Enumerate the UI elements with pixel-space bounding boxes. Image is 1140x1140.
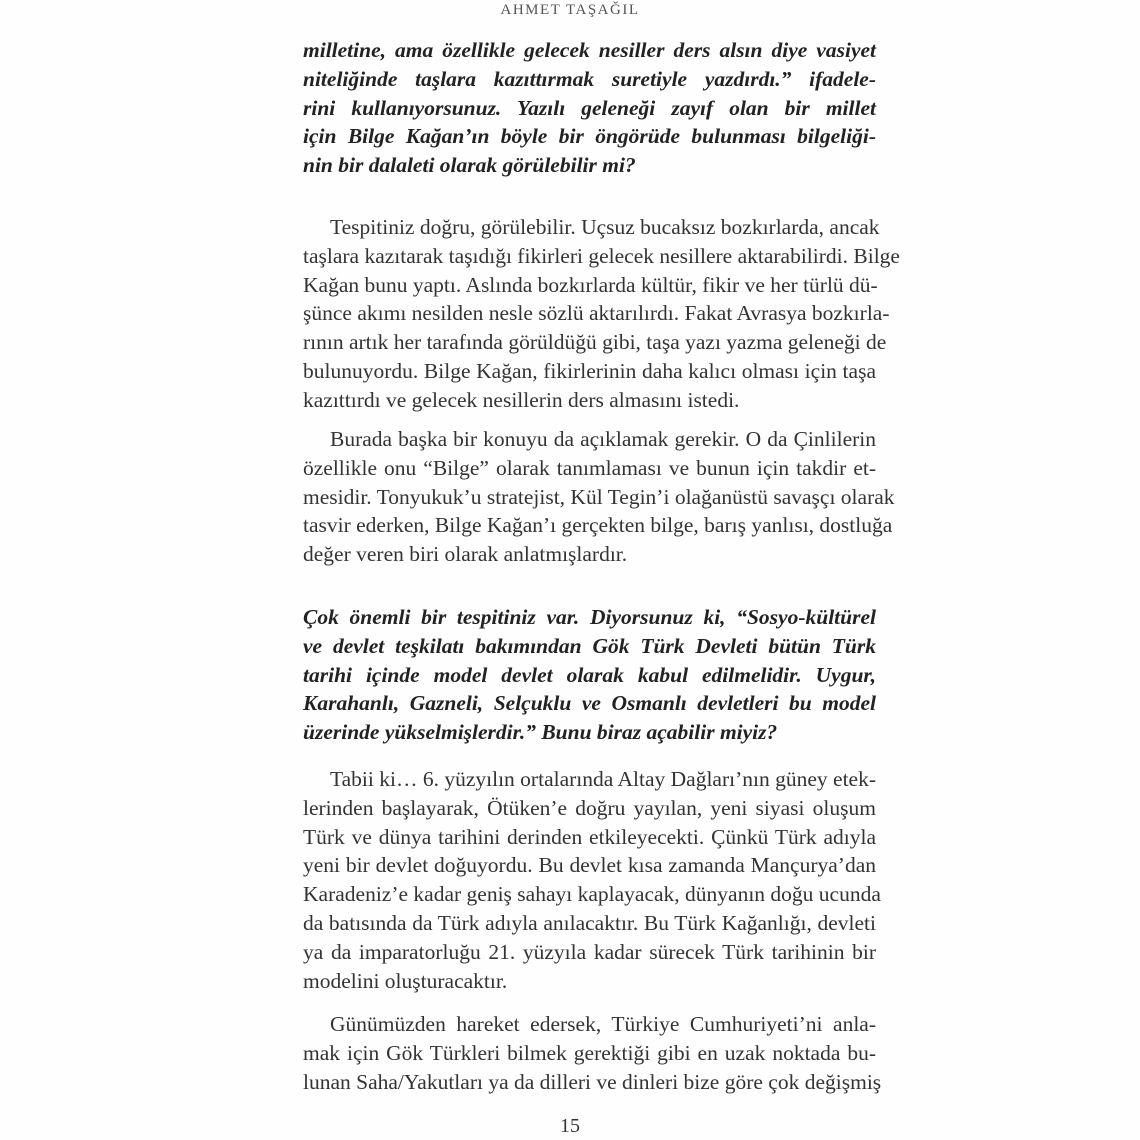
text-line: Tabii ki… 6. yüzyılın ortalarında Altay … bbox=[276, 765, 876, 794]
text-line: Karadeniz’e kadar geniş sahayı kaplayaca… bbox=[276, 880, 876, 909]
text-line: Çok önemli bir tespitiniz var. Diyorsunu… bbox=[303, 603, 876, 632]
interview-question-2: Çok önemli bir tespitiniz var. Diyorsunu… bbox=[276, 603, 876, 747]
text-line: Kağan bunu yaptı. Aslında bozkırlarda kü… bbox=[276, 271, 876, 300]
text-line: tasvir ederken, Bilge Kağan’ı gerçekten … bbox=[276, 511, 876, 540]
text-line: milletine, ama özellikle gelecek nesille… bbox=[303, 36, 876, 65]
question-paragraph: Çok önemli bir tespitiniz var. Diyorsunu… bbox=[276, 603, 876, 747]
text-line: değer veren biri olarak anlatmışlardır. bbox=[276, 540, 876, 569]
text-line: niteliğinde taşlara kazıttırmak suretiyl… bbox=[303, 65, 876, 94]
answer-paragraph: Tespitiniz doğru, görülebilir. Uçsuz buc… bbox=[276, 213, 876, 415]
text-line: nin bir dalaleti olarak görülebilir mi? bbox=[303, 151, 876, 180]
text-line: Türk ve dünya tarihini derinden etkileye… bbox=[276, 823, 876, 852]
book-page: Ahmet Taşağil milletine, ama özellikle g… bbox=[0, 0, 1140, 1140]
answer-paragraph-2: Burada başka bir konuyu da açıklamak ger… bbox=[276, 425, 876, 569]
text-line: rini kullanıyorsunuz. Yazılı geleneği za… bbox=[303, 94, 876, 123]
page-number: 15 bbox=[0, 1115, 1140, 1138]
running-head-author: Ahmet Taşağil bbox=[0, 2, 1140, 19]
text-line: için Bilge Kağan’ın böyle bir öngörüde b… bbox=[303, 122, 876, 151]
text-line: Tespitiniz doğru, görülebilir. Uçsuz buc… bbox=[276, 213, 876, 242]
text-line: yeni bir devlet doğuyordu. Bu devlet kıs… bbox=[276, 851, 876, 880]
text-line: taşlara kazıtarak taşıdığı fikirleri gel… bbox=[276, 242, 876, 271]
text-line: kazıttırdı ve gelecek nesillerin ders al… bbox=[276, 386, 876, 415]
text-line: ve devlet teşkilatı bakımından Gök Türk … bbox=[303, 632, 876, 661]
text-line: üzerinde yükselmişlerdir.” Bunu biraz aç… bbox=[303, 718, 876, 747]
question-paragraph: milletine, ama özellikle gelecek nesille… bbox=[276, 36, 876, 180]
text-line: Burada başka bir konuyu da açıklamak ger… bbox=[276, 425, 876, 454]
text-line: lunan Saha/Yakutları ya da dilleri ve di… bbox=[276, 1068, 876, 1097]
text-line: bulunuyordu. Bilge Kağan, fikirlerinin d… bbox=[276, 357, 876, 386]
interview-question-1: milletine, ama özellikle gelecek nesille… bbox=[276, 36, 876, 180]
text-line: şünce akımı nesilden nesle sözlü aktarıl… bbox=[276, 299, 876, 328]
text-line: modelini oluşturacaktır. bbox=[276, 967, 876, 996]
text-line: ya da imparatorluğu 21. yüzyıla kadar sü… bbox=[276, 938, 876, 967]
answer-paragraph: Burada başka bir konuyu da açıklamak ger… bbox=[276, 425, 876, 569]
text-line: mak için Gök Türkleri bilmek gerektiği g… bbox=[276, 1039, 876, 1068]
answer-paragraph: Günümüzden hareket edersek, Türkiye Cumh… bbox=[276, 1010, 876, 1096]
answer-paragraph-4: Günümüzden hareket edersek, Türkiye Cumh… bbox=[276, 1010, 876, 1096]
answer-paragraph-3: Tabii ki… 6. yüzyılın ortalarında Altay … bbox=[276, 765, 876, 995]
text-line: lerinden başlayarak, Ötüken’e doğru yayı… bbox=[276, 794, 876, 823]
text-line: özellikle onu “Bilge” olarak tanımlaması… bbox=[276, 454, 876, 483]
text-line: tarihi içinde model devlet olarak kabul … bbox=[303, 661, 876, 690]
text-line: rının artık her tarafında görüldüğü gibi… bbox=[276, 328, 876, 357]
text-line: Karahanlı, Gazneli, Selçuklu ve Osmanlı … bbox=[303, 689, 876, 718]
text-line: Günümüzden hareket edersek, Türkiye Cumh… bbox=[276, 1010, 876, 1039]
answer-paragraph-1: Tespitiniz doğru, görülebilir. Uçsuz buc… bbox=[276, 213, 876, 415]
text-line: mesidir. Tonyukuk’u stratejist, Kül Tegi… bbox=[276, 483, 876, 512]
text-line: da batısında da Türk adıyla anılacaktır.… bbox=[276, 909, 876, 938]
answer-paragraph: Tabii ki… 6. yüzyılın ortalarında Altay … bbox=[276, 765, 876, 995]
